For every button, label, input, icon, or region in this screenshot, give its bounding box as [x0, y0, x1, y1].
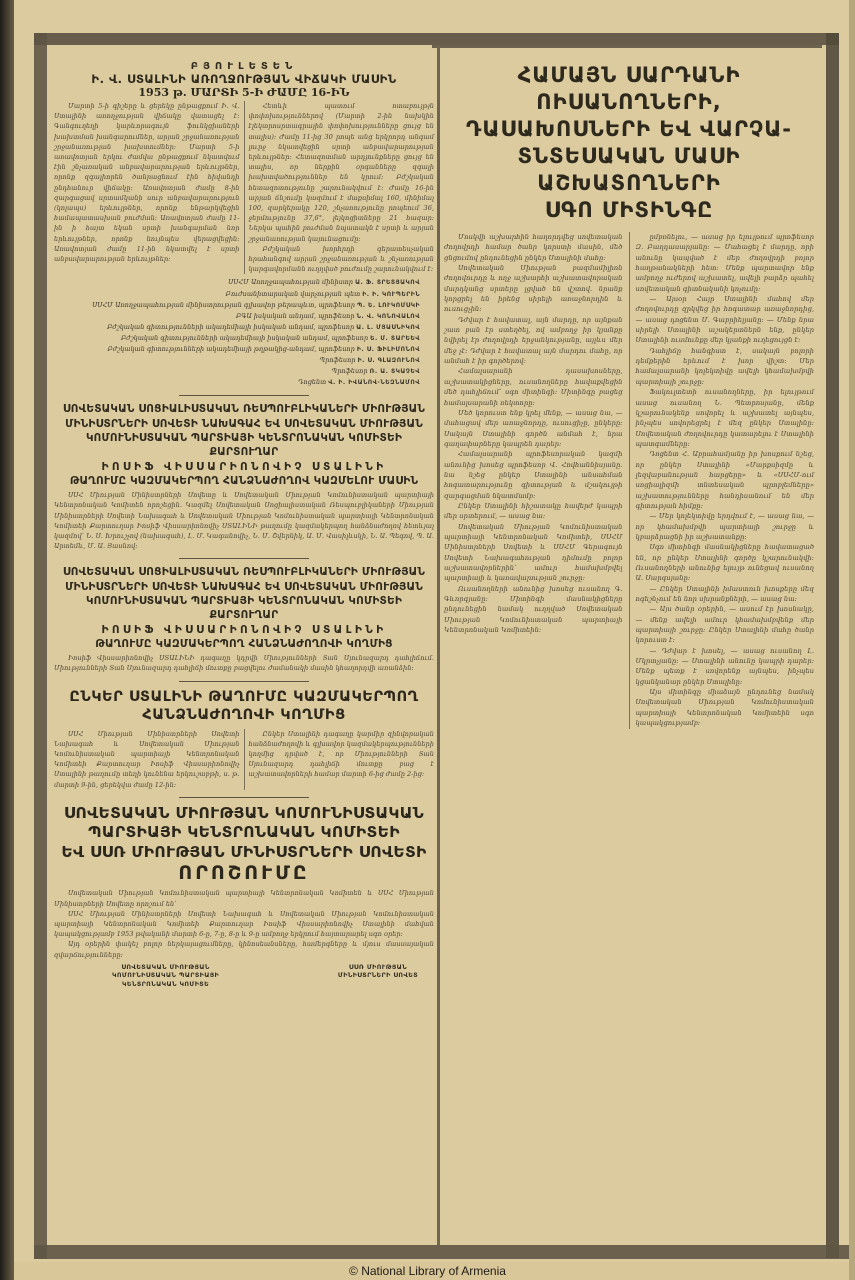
signatory: Պրոֆեսոր Ի. Ս. ԳԼԱԶՈՒՆՈՎ [54, 355, 420, 366]
signatory: Դոցենտ Վ. Ի. ԻՎԱՆՈՎ-ՆԵԶՆԱՄՈՎ [54, 377, 420, 388]
bulletin-title: Ի. Վ. ՍՏԱԼԻՆԻ ԱՌՈՂՋՈՒԹՅԱՆ ՎԻՃԱԿԻ ՄԱՍԻՆ [54, 72, 434, 86]
left-column: ԲՅՈՒԼԵՏԵՆ Ի. Վ. ՍՏԱԼԻՆԻ ԱՌՈՂՋՈՒԹՅԱՆ ՎԻՃԱ… [54, 45, 434, 990]
bulletin-text-col2-tail: Բժշկական խորհրդի գերատեսչական հրահանգով … [249, 244, 435, 275]
article-col-rule [629, 232, 630, 729]
article-paragraph: Այս միտինգը միաձայն ընդունեց նամակ Սովետ… [636, 687, 815, 728]
article-paragraph: Սովետական Միության Կոմունիստական պարտիայ… [444, 522, 623, 584]
article-paragraph: — Այս ծանր օրերին, — ասում էր խոսնակը, —… [636, 604, 815, 645]
article-paragraph: Մեծ կորուստ ենք կրել մենք, — ասաց նա, — … [444, 408, 623, 449]
signatory: Բժշկական գիտությունների ակադեմիայի իսկակ… [54, 333, 420, 344]
mourning-border-left [34, 33, 47, 1259]
article-paragraph: Համալսարանի պրոֆեսորական կազմի անունից խ… [444, 449, 623, 501]
mourning-border-right [826, 33, 839, 1258]
decree3-title: ՈՐՈՇՈՒՄԸ [54, 862, 434, 884]
article-paragraph: Դժվար է հավատալ, այն մարդը, որ այնքան շա… [444, 315, 623, 367]
signatory: ՍՍՀՄ Առողջապահության մինիստրության գլխավ… [54, 300, 420, 311]
signatory: Բժշկական գիտությունների ակադեմիայի թղթակ… [54, 344, 420, 355]
section-divider [179, 797, 309, 798]
newspaper-page: ԲՅՈՒԼԵՏԵՆ Ի. Վ. ՍՏԱԼԻՆԻ ԱՌՈՂՋՈՒԹՅԱՆ ՎԻՃԱ… [14, 0, 849, 1262]
medical-bulletin: ԲՅՈՒԼԵՏԵՆ Ի. Վ. ՍՏԱԼԻՆԻ ԱՌՈՂՋՈՒԹՅԱՆ ՎԻՃԱ… [54, 61, 434, 388]
scan-edge-left [0, 0, 14, 1280]
right-column: ՀԱՄԱՅՆ ՍԱՐԴԱՆԻ ՈԻՍԱՆՈՂՆԵՐԻ, ԴԱՍԱԽՈՍՆԵՐԻ … [444, 50, 814, 729]
decree3-body2: ՍՍՀ Միության Մինիստրների Սովետի Նախագահ … [54, 909, 434, 940]
decree2-body: Իոսիֆ Վիսսարիոնովիչ ՍՏԱԼԻՆԻ դագաղը կդրվի… [54, 653, 434, 673]
bulletin-col-rule [244, 101, 245, 274]
decree3-body3: Այդ օրերին փակել բոլոր ներկայացումները, … [54, 939, 434, 959]
bulletin-text-col2: Հետևի պատում ոտաբույթյն փոփոխություններո… [249, 101, 435, 244]
section-divider [179, 681, 309, 682]
article-paragraph: Սովետական Միության բազմամիլիոն ժողովուրդ… [444, 263, 623, 315]
article-paragraph: — Այսօր Հայր Ստալինի մահով մեր ժողովուրդ… [636, 294, 815, 346]
article-col1: Մոսկվի աշխարհին հաղորդվեց սովետական ժողո… [444, 232, 623, 729]
meeting-article: Մոսկվի աշխարհին հաղորդվեց սովետական ժողո… [444, 232, 814, 729]
funeral-text-col2: Ընկեր Ստալինի դագաղը կարմիր զինվորական հ… [249, 729, 435, 790]
mourning-border-bottom [34, 1245, 849, 1259]
bulletin-signatories: ՍՍՀՄ Առողջապահության մինիստր Ա. Ֆ. ՏՐԵՏՅ… [54, 277, 434, 388]
funeral-heading: ԸՆԿԵՐ ՍՏԱԼԻՆԻ ԹԱՂՈՒՄԸ ԿԱԶՄԱԿԵՐՊՈՂ ՀԱՆՁՆԱ… [54, 688, 434, 724]
article-paragraph: — Մեր կոլեկտիվը երդվում է, — ասաց նա, — … [636, 511, 815, 542]
article-paragraph: ըմբռնելու, — ասաց իր ելույթում պրոֆեսոր … [636, 232, 815, 294]
decree3-heading: ՍՈՎԵՏԱԿԱՆ ՄԻՈՒԹՅԱՆ ԿՈՄՈՒՆԻՍՏԱԿԱՆ ՊԱՐՏԻԱՅ… [54, 804, 434, 863]
signatory: Բժշկական գիտությունների ակադեմիայի իսկակ… [54, 322, 420, 333]
right-box-rule-top [432, 45, 822, 48]
signature-party-cc: ՍՈՎԵՏԱԿԱՆ ՄԻՈՒԹՅԱՆ ԿՈՄՈՒՆԻՍՏԱԿԱՆ ՊԱՐՏԻԱՅ… [112, 964, 219, 990]
decree2-heading: ՍՈՎԵՏԱԿԱՆ ՍՈՑԻԱԼԻՍՏԱԿԱՆ ՌԵՍՊՈՒԲԼԻԿԱՆԵՐԻ … [54, 565, 434, 651]
article-paragraph: Ուսանողների անունից խոսեց ուսանող Գ. Գևո… [444, 584, 623, 636]
commission-decree: ՍՈՎԵՏԱԿԱՆ ՍՈՑԻԱԼԻՍՏԱԿԱՆ ՌԵՍՊՈՒԲԼԻԿԱՆԵՐԻ … [54, 402, 434, 551]
article-paragraph: — Ընկեր Ստալինի իմաստուն խոսքերը մեզ ոգե… [636, 584, 815, 605]
bulletin-dateline: 1953 թ. ՄԱՐՏԻ 5-Ի ԺԱՄԸ 16-ԻՆ [54, 86, 434, 99]
copyright-credit: © National Library of Armenia [0, 1264, 855, 1278]
article-paragraph: Մոսկվի աշխարհին հաղորդվեց սովետական ժողո… [444, 232, 623, 263]
commission-announcement: ՍՈՎԵՏԱԿԱՆ ՍՈՑԻԱԼԻՍՏԱԿԱՆ ՌԵՍՊՈՒԲԼԻԿԱՆԵՐԻ … [54, 565, 434, 673]
article-col2: ըմբռնելու, — ասաց իր ելույթում պրոֆեսոր … [636, 232, 815, 729]
decree1-heading: ՍՈՎԵՏԱԿԱՆ ՍՈՑԻԱԼԻՍՏԱԿԱՆ ՌԵՍՊՈՒԲԼԻԿԱՆԵՐԻ … [54, 402, 434, 488]
signatory: ԲԳԱ իսկական անդամ, պրոֆեսոր Ն. Վ. ԿՈՆՈՎԱ… [54, 311, 420, 322]
signatory: ՍՍՀՄ Առողջապահության մինիստր Ա. Ֆ. ՏՐԵՏՅ… [54, 277, 420, 288]
meeting-headline: ՀԱՄԱՅՆ ՍԱՐԴԱՆԻ ՈԻՍԱՆՈՂՆԵՐԻ, ԴԱՍԱԽՈՍՆԵՐԻ … [444, 62, 814, 224]
article-paragraph: Դահլիճը հանգիստ է, սակայն բոլորի դեմքերի… [636, 346, 815, 387]
signature-council-ministers: ՍՍՌ ՄԻՈՒԹՅԱՆ ՄԻՆԻՍՏՐՆԵՐԻ ՍՈՎԵՏ [338, 964, 418, 990]
decree3-signatures: ՍՈՎԵՏԱԿԱՆ ՄԻՈՒԹՅԱՆ ԿՈՄՈՒՆԻՍՏԱԿԱՆ ՊԱՐՏԻԱՅ… [54, 964, 434, 990]
decree1-body: ՍՍՀ Միության Մինիստրների Սովետը և Սովետա… [54, 490, 434, 551]
column-divider [437, 45, 440, 1245]
article-paragraph: Ընկեր Ստալինի հիշատակը հավերժ կապրի մեր … [444, 501, 623, 522]
mourning-border-top [34, 33, 839, 45]
article-paragraph: Սգո միտինգի մասնակիցները հավատացած են, ո… [636, 542, 815, 583]
funeral-announcement: ԸՆԿԵՐ ՍՏԱԼԻՆԻ ԹԱՂՈՒՄԸ ԿԱԶՄԱԿԵՐՊՈՂ ՀԱՆՁՆԱ… [54, 688, 434, 790]
bulletin-text-col1: Մարտի 5-ի գիշերը և ցերեկը ընթացքում Ի. Վ… [54, 101, 240, 274]
funeral-text-col1: ՍՍՀ Միության Մինիստրների Սովետի Նախագահ … [54, 729, 240, 790]
bulletin-kicker: ԲՅՈՒԼԵՏԵՆ [54, 61, 434, 72]
scan-edge-right [849, 0, 855, 1280]
funeral-col-rule [244, 729, 245, 790]
section-divider [179, 558, 309, 559]
article-paragraph: Դոցենտ Հ. Աբրահամյանը իր խոսքում նշեց, ո… [636, 449, 815, 511]
article-paragraph: — Դժվար է խոսել, — ասաց ուսանող Լ. Մկրտչ… [636, 646, 815, 687]
article-paragraph: Ֆակուլտետի ուսանողները, իր ելույթում ասա… [636, 387, 815, 449]
decree3-body1: Սովետական Միության Կոմունիստական պարտիայ… [54, 888, 434, 908]
signatory: Պրոֆեսոր Ռ. Ա. ՏԿԱՉԵՎ [54, 366, 420, 377]
signatory: Բուժսանիտարական վարչության պետ Ի. Ի. ԿՈՒ… [54, 289, 420, 300]
article-paragraph: Համալսարանի դասախոսները, աշխատակիցները, … [444, 366, 623, 407]
section-divider [179, 395, 309, 396]
mourning-decree: ՍՈՎԵՏԱԿԱՆ ՄԻՈՒԹՅԱՆ ԿՈՄՈՒՆԻՍՏԱԿԱՆ ՊԱՐՏԻԱՅ… [54, 804, 434, 990]
